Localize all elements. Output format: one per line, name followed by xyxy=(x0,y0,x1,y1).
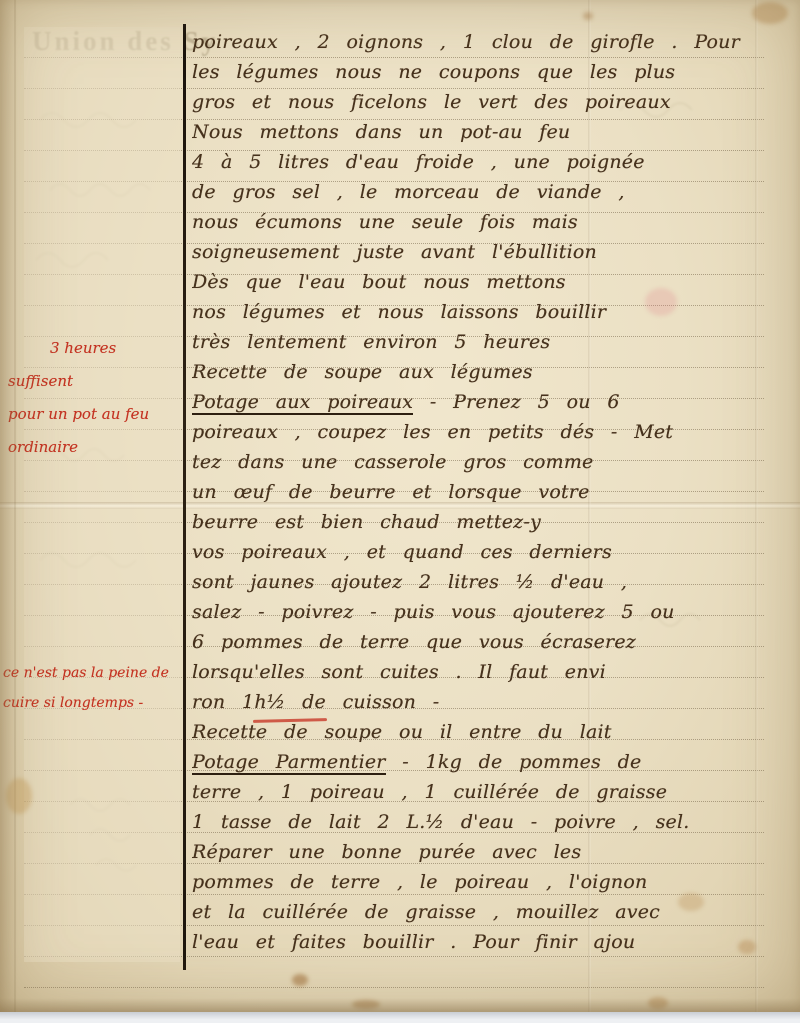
margin-note-line: pour un pot au feu xyxy=(8,398,186,431)
margin-note-line: cuire si longtemps - xyxy=(3,688,187,718)
manuscript-line: de gros sel , le morceau de viande , xyxy=(192,177,758,207)
manuscript-line: Potage Parmentier - 1kg de pommes de xyxy=(192,747,758,777)
manuscript-line: lorsqu'elles sont cuites . Il faut envi xyxy=(192,657,758,687)
manuscript-line: tez dans une casserole gros comme xyxy=(192,447,758,477)
margin-note-cooking-time: 3 heures suffisentpour un pot au feuordi… xyxy=(8,332,186,464)
manuscript-line: terre , 1 poireau , 1 cuillérée de grais… xyxy=(192,777,758,807)
margin-note-line: ce n'est pas la peine de xyxy=(3,658,187,688)
paper-left-edge-shadow xyxy=(0,0,18,1012)
manuscript-line: poireaux , 2 oignons , 1 clou de girofle… xyxy=(192,27,758,57)
manuscript-line: vos poireaux , et quand ces derniers xyxy=(192,537,758,567)
manuscript-line: poireaux , coupez les en petits dés - Me… xyxy=(192,417,758,447)
scanner-background-strip xyxy=(0,1012,800,1023)
manuscript-line: un œuf de beurre et lorsque votre xyxy=(192,477,758,507)
manuscript-line: gros et nous ficelons le vert des poirea… xyxy=(192,87,758,117)
underlined-recipe-title: Potage Parmentier xyxy=(192,751,386,775)
manuscript-line: Nous mettons dans un pot-au feu xyxy=(192,117,758,147)
manuscript-line: 4 à 5 litres d'eau froide , une poignée xyxy=(192,147,758,177)
manuscript-page: Union des Sy poireaux , 2 oignons , 1 cl… xyxy=(0,0,800,1023)
foxing-stain xyxy=(292,974,308,986)
manuscript-line: pommes de terre , le poireau , l'oignon xyxy=(192,867,758,897)
foxing-stain xyxy=(583,12,593,20)
manuscript-line: Potage aux poireaux - Prenez 5 ou 6 xyxy=(192,387,758,417)
manuscript-line: les légumes nous ne coupons que les plus xyxy=(192,57,758,87)
manuscript-line: ron 1h½ de cuisson - xyxy=(192,687,758,717)
underlined-recipe-title: Potage aux poireaux xyxy=(192,391,413,415)
margin-note-no-need-long-cook: ce n'est pas la peine decuire si longtem… xyxy=(3,658,187,718)
manuscript-line: Recette de soupe aux légumes xyxy=(192,357,758,387)
margin-note-line: ordinaire xyxy=(8,431,186,464)
manuscript-line: salez - poivrez - puis vous ajouterez 5 … xyxy=(192,597,758,627)
margin-rule-line xyxy=(183,24,186,970)
manuscript-line: nous écumons une seule fois mais xyxy=(192,207,758,237)
manuscript-line: soigneusement juste avant l'ébullition xyxy=(192,237,758,267)
foxing-stain xyxy=(678,893,704,911)
paper-bottom-edge-shadow xyxy=(0,998,800,1012)
manuscript-line: sont jaunes ajoutez 2 litres ½ d'eau , xyxy=(192,567,758,597)
manuscript-line: 6 pommes de terre que vous écraserez xyxy=(192,627,758,657)
manuscript-body: poireaux , 2 oignons , 1 clou de girofle… xyxy=(192,27,758,957)
manuscript-line: très lentement environ 5 heures xyxy=(192,327,758,357)
manuscript-line: 1 tasse de lait 2 L.½ d'eau - poivre , s… xyxy=(192,807,758,837)
manuscript-line: et la cuillérée de graisse , mouillez av… xyxy=(192,897,758,927)
manuscript-line: l'eau et faites bouillir . Pour finir aj… xyxy=(192,927,758,957)
foxing-stain xyxy=(752,2,788,24)
manuscript-line: beurre est bien chaud mettez-y xyxy=(192,507,758,537)
manuscript-line: Réparer une bonne purée avec les xyxy=(192,837,758,867)
pink-ink-smudge xyxy=(645,288,677,316)
foxing-stain xyxy=(738,940,756,954)
margin-note-line: 3 heures suffisent xyxy=(8,332,186,398)
left-margin-fade xyxy=(24,27,180,962)
